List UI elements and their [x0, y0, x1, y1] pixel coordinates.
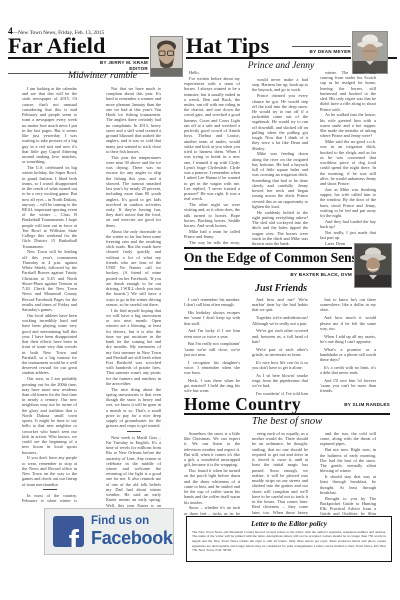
paragraph: Mike had a team he called Prince and Jen…: [184, 229, 240, 239]
home-country-title-rule: [184, 413, 390, 415]
paragraph: What's a promise or a handshake or a pho…: [320, 347, 376, 363]
facebook-badge-line2: Facebook: [91, 529, 173, 547]
columnist-meyer-portrait-photo: [352, 31, 388, 74]
paragraph: And how much it would please me if he fe…: [320, 315, 376, 331]
paragraph: Brought to you by The Backpocket Guide t…: [320, 496, 376, 515]
hat-tips-title: Hat Tips: [186, 33, 269, 59]
paragraph: His birthday always escapes me 'cause I …: [184, 310, 240, 326]
poem-column-1: I can't remember his number. I don't cal…: [184, 297, 240, 395]
paragraph: Mike was feeding down along the river on…: [252, 151, 308, 209]
paragraph: New Town will be leading off this year's…: [22, 249, 77, 312]
paragraph: It's a credit with no limit, it's a debt…: [320, 365, 376, 375]
hat-tips-byline-top-rule: [292, 46, 351, 47]
facebook-badge-line1: Find us on: [91, 516, 173, 528]
facebook-f-glyph: f: [69, 525, 79, 547]
paragraph: I do find myself hoping that we will hav…: [106, 308, 161, 387]
letter-policy-box: Letter to the Editor policy The New Town…: [186, 516, 392, 562]
far-afield-column-1: I am looking at the calendar and see tha…: [22, 86, 77, 502]
paragraph: Our local athletes have been working inc…: [22, 313, 77, 376]
newspaper-page: 4—New Town News, Friday, Feb. 13, 2015 F…: [0, 0, 400, 600]
hat-tips-column-2: would never make a bad stop. Harness her…: [252, 77, 308, 246]
paragraph: Next week is Mardi Gras – Fat Tuesday in…: [106, 435, 161, 508]
paragraph: Our area, as I am probably pointing out …: [22, 376, 77, 455]
paragraph: This year the temperatures were near 30 …: [106, 155, 161, 228]
letter-policy-heading: Letter to the Editor policy: [192, 520, 386, 528]
common-sense-title: On the Edge of Common Sense: [184, 250, 352, 266]
paragraph: But I'm really not complainin' 'cause we…: [184, 341, 240, 357]
paragraph: Somehow the snow is a little like Christ…: [184, 431, 240, 468]
paragraph: Heck, I was there when he got married! I…: [184, 378, 240, 394]
paragraph: We've got each other covered and, betwee…: [252, 328, 308, 344]
dark-cowboy-portrait-icon: [355, 244, 391, 287]
paragraph: In most of the country, February is when…: [22, 493, 77, 502]
paragraph: The other night we were visiting and, as…: [184, 202, 240, 228]
hat-tips-title-rule-end: [388, 57, 397, 59]
paragraph: The way he tells the story, Jenny was a …: [184, 240, 240, 246]
paragraph: Hello,: [184, 70, 240, 75]
columnist-black-portrait-photo: [354, 243, 392, 288]
paragraph: Just as Mike was finishing supper, his w…: [320, 187, 376, 218]
facebook-logo-icon: f: [53, 516, 84, 547]
paragraph: Just to know he's out there somewhere, l…: [320, 297, 376, 313]
paragraph: I am looking at the calendar and see tha…: [22, 86, 77, 165]
paragraph: I can't remember his number. I don't cal…: [184, 297, 240, 307]
paragraph: And they had loaded the hay back up!: [320, 219, 376, 229]
hat-tips-title-rule: [186, 57, 351, 59]
home-country-column-1: Somehow the snow is a little like Christ…: [184, 431, 240, 515]
paragraph: When I add up all my assets, he's one th…: [320, 334, 376, 344]
paragraph-divider: [127, 431, 141, 432]
paragraph: The nice thing about the spring snowstor…: [106, 387, 161, 429]
paragraph: would never make a bad stop. Harness her…: [252, 77, 308, 93]
paragraph: He suddenly bolted to the right putting …: [252, 210, 308, 246]
paragraph: And him and me? We're markin' time by th…: [252, 297, 308, 313]
paragraph: We're part of each other's gristle, as i…: [252, 347, 308, 357]
paragraph: I recognize his daughter's voice. I reme…: [184, 360, 240, 376]
paragraph: winter. The smoke was coming from under …: [320, 70, 376, 112]
far-afield-column-2: Not that we have much to complain about …: [106, 86, 161, 508]
paragraph: And I'm lucky if I see him even once or …: [184, 328, 240, 338]
home-country-column-3: and the sun, the cold will come, along w…: [320, 431, 376, 515]
paragraph: I've written before about my experiences…: [184, 76, 240, 202]
paragraph: Mike said the no-good s.o.b. was in an i…: [320, 139, 376, 186]
paragraph: It should stay that way at least through…: [320, 474, 376, 495]
paragraph: and the sun, the cold will come, along w…: [320, 431, 376, 447]
home-country-kicker: The best of snow: [184, 416, 390, 427]
cowboy-hat-portrait-icon: [353, 32, 387, 73]
paragraph: Not that we have much to complain about …: [106, 86, 161, 154]
facebook-badge-text: Find us on Facebook: [91, 516, 173, 547]
letter-policy-body: The New Town News and Mountrail County R…: [192, 530, 386, 553]
far-afield-title: Far Afield: [8, 33, 106, 59]
hat-tips-column-3: winter. The smoke was coming from under …: [320, 70, 376, 246]
hat-tips-kicker: Prince and Jenny: [244, 61, 318, 71]
hat-tips-byline: BY DEAN MEYER: [260, 49, 351, 55]
facebook-badge: f Find us on Facebook: [44, 508, 174, 555]
home-country-title: Home Country: [184, 394, 301, 415]
paragraph: Together we're ambidextrous! Although we…: [252, 315, 308, 325]
paragraph: As he walked into the house, his wife gr…: [320, 112, 376, 138]
paragraph: Prince cheated you every chance he got. …: [252, 93, 308, 151]
paragraph: And I'll owe him 'til forever 'cause you…: [320, 378, 376, 394]
paragraph: Snow – whether it's an inch or three fee…: [184, 505, 240, 515]
home-country-byline: BY SLIM RANDLES: [300, 402, 390, 408]
paragraph: It's nice how life can fix it so you don…: [252, 360, 308, 370]
common-sense-byline: BY BAXTER BLACK, DVM: [240, 272, 352, 278]
common-sense-top-rule: [184, 247, 352, 249]
paragraph-divider: [43, 489, 57, 490]
home-country-column-2: ering each of us equally, as a mother wo…: [252, 431, 308, 515]
far-afield-kicker: Midwinter ramble: [30, 71, 175, 81]
poem-column-2: And him and me? We're markin' time by th…: [252, 297, 308, 395]
paragraph: If you don't have any purple to wear, re…: [22, 455, 77, 486]
paragraph: Not really, I just made that last part u…: [320, 230, 376, 240]
far-afield-title-rule: [8, 57, 149, 59]
paragraph: The U.S. celebrated its big winter holid…: [22, 165, 77, 249]
common-sense-bottom-rule: [184, 268, 352, 270]
paragraph: ering each of us equally, as a mother wo…: [252, 431, 308, 515]
poem-column-3: Just to know he's out there somewhere, l…: [320, 297, 376, 395]
paragraph: But not now. Right now, in the holiness …: [320, 447, 376, 473]
paragraph: Doc found it when he turned on the porch…: [184, 468, 240, 505]
paragraph: As I sit here blowin' smoke rings from t…: [252, 373, 308, 389]
poem-title: Just Friends: [184, 283, 378, 294]
paragraph: About the only downside to the winter so…: [106, 229, 161, 308]
hat-tips-column-1: Hello,I've written before about my exper…: [184, 70, 240, 246]
